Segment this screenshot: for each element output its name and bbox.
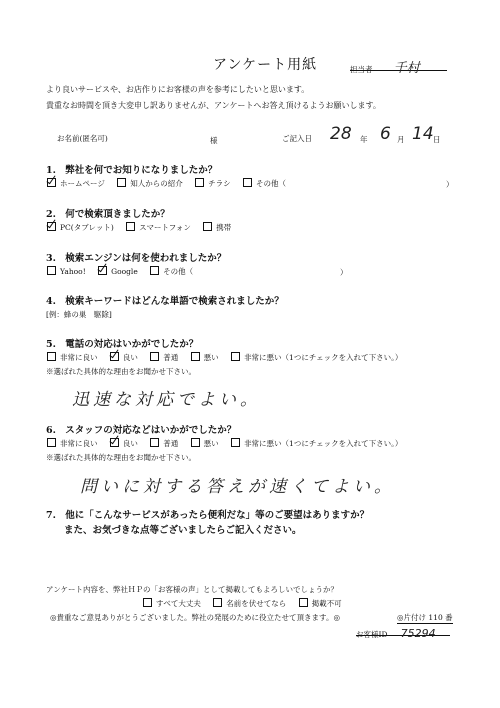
option-label: 普通 <box>163 353 178 362</box>
example-text: [例：蜂の巣 駆除] <box>46 309 112 320</box>
checkbox-flyer[interactable] <box>195 178 204 187</box>
option-label: PC(タブレット) <box>60 223 114 232</box>
option-label: 非常に良い <box>60 439 98 448</box>
checkbox-other[interactable] <box>243 178 252 187</box>
reason-prompt: ※選ばれた具体的な理由をお聞かせ下さい。 <box>46 366 196 377</box>
date-label: ご記入日 <box>282 133 312 144</box>
checkbox-bad[interactable] <box>191 352 200 361</box>
checkbox-referral[interactable] <box>117 178 126 187</box>
question-text: 弊社を何でお知りになりましたか？ <box>65 165 217 176</box>
option-label: チラシ <box>208 179 231 188</box>
checkbox-good[interactable] <box>110 438 119 447</box>
option-label: 良い <box>123 353 138 362</box>
question-text: 検索エンジンは何を使われましたか？ <box>65 253 226 264</box>
question-number: 4. <box>46 296 56 307</box>
question-3: 3. 検索エンジンは何を使われましたか？ <box>46 250 226 264</box>
answer-text: 迅速な対応でよい。 <box>72 385 261 410</box>
question-7-line-2: また、お気づきな点等ございましたらご記入ください。 <box>64 522 302 536</box>
question-number: 6. <box>46 425 56 436</box>
checkbox-anonymous[interactable] <box>213 598 222 607</box>
staff-value: 千村 <box>394 61 420 76</box>
staff-field: 担当者 千村 <box>350 57 447 71</box>
option-label: 悪い <box>204 353 219 362</box>
year-unit: 年 <box>360 134 368 145</box>
consent-question: アンケート内容を、弊社ＨＰの「お客様の声」として掲載してもよろしいでしょうか？ <box>46 584 338 595</box>
date-year: 28 <box>330 124 352 144</box>
question-text: 電話の対応はいかがでしたか？ <box>65 339 198 350</box>
checkbox-bad[interactable] <box>191 438 200 447</box>
question-5: 5. 電話の対応はいかがでしたか？ <box>46 336 198 350</box>
checkbox-yahoo[interactable] <box>47 266 56 275</box>
checkbox-very-bad[interactable] <box>231 438 240 447</box>
answer-text: 問いに対する答えが速くてよい。 <box>80 472 395 497</box>
option-label: 名前を伏せてなら <box>226 599 286 608</box>
question-text: 検索キーワードはどんな単語で検索されましたか？ <box>65 296 284 307</box>
month-unit: 月 <box>397 134 405 145</box>
question-text: 他に「こんなサービスがあったら便利だな」等のご要望はありますか？ <box>65 510 369 521</box>
form-title: アンケート用紙 <box>213 54 317 74</box>
option-label: 悪い <box>204 439 219 448</box>
question-1: 1. 弊社を何でお知りになりましたか？ <box>46 162 217 176</box>
option-label: すべて大丈夫 <box>156 599 201 608</box>
staff-label: 担当者 <box>350 65 373 74</box>
intro-line-2: 貴重なお時間を頂き大変申し訳ありませんが、アンケートへお答え頂けるようお願いしま… <box>46 100 381 111</box>
option-label: Yahoo! <box>60 267 86 276</box>
close-paren: ） <box>340 267 348 278</box>
checkbox-homepage[interactable] <box>47 178 56 187</box>
checkbox-good[interactable] <box>110 352 119 361</box>
option-label: 携帯 <box>216 223 231 232</box>
option-label: 非常に悪い（1つにチェックを入れて下さい。） <box>244 353 402 362</box>
checkbox-all-ok[interactable] <box>143 598 152 607</box>
question-text: 何で検索頂きましたか？ <box>65 209 170 220</box>
checkbox-very-good[interactable] <box>47 438 56 447</box>
question-number: 5. <box>46 339 56 350</box>
option-label: Google <box>111 267 138 276</box>
date-month: 6 <box>380 124 391 144</box>
consent-options: すべて大丈夫 名前を伏せてなら 掲載不可 <box>143 598 352 609</box>
honorific: 様 <box>210 135 218 146</box>
question-1-options: ホームページ 知人からの紹介 チラシ その他（ <box>47 178 296 189</box>
day-unit: 日 <box>433 134 441 145</box>
question-5-options: 非常に良い 良い 普通 悪い 非常に悪い（1つにチェックを入れて下さい。） <box>47 352 412 363</box>
question-2-options: PC(タブレット) スマートフォン 携帯 <box>47 222 241 233</box>
question-6-options: 非常に良い 良い 普通 悪い 非常に悪い（1つにチェックを入れて下さい。） <box>47 438 412 449</box>
question-number: 3. <box>46 253 56 264</box>
option-label: 非常に悪い（1つにチェックを入れて下さい。） <box>244 439 402 448</box>
customer-id-value: 75294 <box>401 627 436 640</box>
option-label: 掲載不可 <box>312 599 342 608</box>
question-4: 4. 検索キーワードはどんな単語で検索されましたか？ <box>46 293 284 307</box>
question-3-options: Yahoo! Google その他（ <box>47 266 203 277</box>
question-text: スタッフの対応などはいかがでしたか？ <box>65 425 236 436</box>
question-7: 7. 他に「こんなサービスがあったら便利だな」等のご要望はありますか？ <box>46 507 369 521</box>
checkbox-google[interactable] <box>98 266 107 275</box>
checkbox-pc[interactable] <box>47 222 56 231</box>
name-label: お名前(匿名可) <box>57 133 108 144</box>
customer-id-label: お客様ID <box>356 630 387 639</box>
checkbox-average[interactable] <box>150 438 159 447</box>
option-label: スマートフォン <box>139 223 191 232</box>
checkbox-very-bad[interactable] <box>231 352 240 361</box>
option-label: 普通 <box>163 439 178 448</box>
option-label: その他（ <box>163 267 193 276</box>
option-label: その他（ <box>256 179 286 188</box>
question-2: 2. 何で検索頂きましたか？ <box>46 206 170 220</box>
checkbox-smartphone[interactable] <box>126 222 135 231</box>
close-paren: ） <box>446 179 454 190</box>
option-label: 知人からの紹介 <box>130 179 183 188</box>
option-label: 良い <box>123 439 138 448</box>
question-6: 6. スタッフの対応などはいかがでしたか？ <box>46 422 236 436</box>
option-label: ホームページ <box>60 179 105 188</box>
intro-line-1: より良いサービスや、お店作りにお客様の声を参考にしたいと思います。 <box>46 84 309 95</box>
date-day: 14 <box>412 124 434 144</box>
customer-id-field: お客様ID 75294 <box>356 622 450 636</box>
checkbox-no-publish[interactable] <box>299 598 308 607</box>
checkbox-mobile[interactable] <box>203 222 212 231</box>
thanks-text: ◎貴重なご意見ありがとうございました。弊社の発展のために役立たせて頂きます。◎ <box>50 612 340 623</box>
option-label: 非常に良い <box>60 353 98 362</box>
checkbox-other[interactable] <box>150 266 159 275</box>
question-number: 7. <box>46 510 56 521</box>
checkbox-average[interactable] <box>150 352 159 361</box>
reason-prompt: ※選ばれた具体的な理由をお聞かせ下さい。 <box>46 452 196 463</box>
checkbox-very-good[interactable] <box>47 352 56 361</box>
